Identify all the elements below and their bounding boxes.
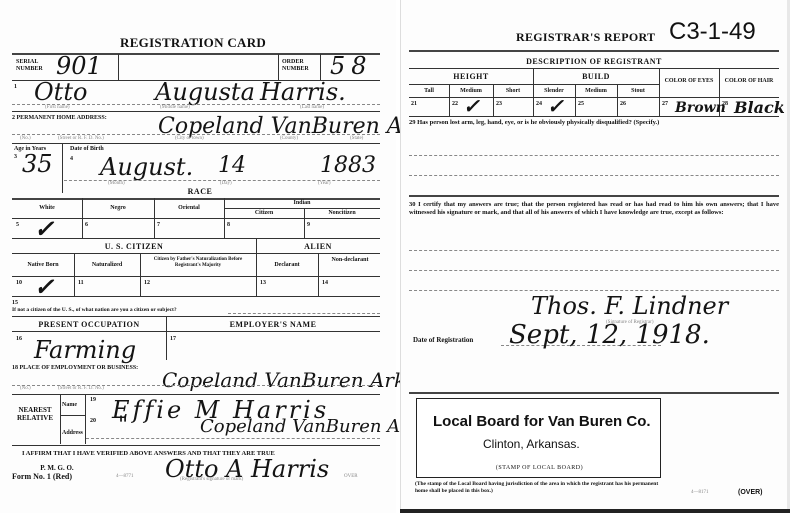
- dob-day: 14: [218, 153, 246, 178]
- answer-line: [409, 155, 779, 156]
- divider: [409, 84, 659, 85]
- middle-name: Augusta: [155, 78, 255, 106]
- alien-heading: ALIEN: [256, 242, 380, 251]
- divider: [409, 392, 779, 394]
- caption: (Last name): [300, 105, 324, 110]
- divider: [12, 316, 380, 317]
- divider: [12, 394, 380, 395]
- divider: [12, 296, 380, 297]
- age-value: 35: [22, 150, 53, 178]
- divider: [12, 134, 380, 135]
- field-number: 10: [16, 280, 22, 286]
- home-address-label: 2 PERMANENT HOME ADDRESS:: [12, 115, 107, 121]
- serial-label: SERIAL NUMBER: [16, 59, 52, 73]
- divider: [62, 143, 63, 193]
- caption: (State): [350, 136, 363, 141]
- field-number: 14: [322, 280, 328, 286]
- stamp-line-1: Local Board for Van Buren Co.: [433, 413, 651, 430]
- answer-line: [409, 290, 779, 291]
- race-col-citizen: Citizen: [224, 210, 304, 216]
- divider: [85, 394, 86, 444]
- field-number: 15: [12, 300, 18, 306]
- alien-col-nondeclarant: Non-declarant: [322, 257, 378, 264]
- occupation-heading: PRESENT OCCUPATION: [12, 320, 166, 329]
- height-col-tall: Tall: [409, 88, 449, 94]
- relative-address-label: Address: [62, 430, 83, 436]
- divider: [140, 253, 141, 296]
- question-30: 30 I certify that my answers are true; t…: [409, 201, 779, 217]
- scan-edge: [400, 509, 790, 513]
- citizen-col-father: Citizen by Father's Naturalization Befor…: [142, 257, 254, 269]
- dob-label: Date of Birth: [70, 146, 104, 152]
- place-of-employment-label: 18 PLACE OF EMPLOYMENT OR BUSINESS:: [12, 365, 138, 371]
- question-29: 29 Has person lost arm, leg, hand, eye, …: [409, 119, 779, 127]
- caption: (Month): [108, 181, 125, 186]
- card-title: REGISTRATION CARD: [120, 35, 266, 51]
- caption: (Year): [318, 181, 331, 186]
- dob-year: 1883: [320, 153, 376, 178]
- divider: [409, 195, 779, 197]
- build-col-medium: Medium: [575, 88, 617, 94]
- date-of-registration-label: Date of Registration: [413, 336, 473, 344]
- nearest-relative-label: NEAREST RELATIVE: [12, 406, 58, 422]
- field-number: 29: [409, 119, 416, 126]
- answer-line: [409, 270, 779, 271]
- caption: (No.): [20, 136, 31, 141]
- date-of-registration: Sept, 12, 1918.: [509, 320, 710, 350]
- field-number: 30: [409, 201, 416, 208]
- divider: [12, 253, 380, 254]
- race-col-negro: Negro: [82, 205, 154, 211]
- divider: [278, 54, 279, 80]
- field-number: 25: [578, 101, 584, 107]
- race-heading: RACE: [170, 187, 230, 196]
- divider: [409, 50, 779, 52]
- divider: [12, 111, 380, 112]
- report-title: REGISTRAR'S REPORT: [516, 30, 655, 45]
- caption: (First name): [45, 105, 70, 110]
- registrar-signature: Thos. F. Lindner: [531, 292, 728, 320]
- stamp-code: C3-1-49: [669, 18, 756, 46]
- answer-line: [409, 250, 779, 251]
- field-number: 13: [260, 280, 266, 286]
- serial-number: 901: [56, 52, 102, 80]
- caption: (Middle name): [160, 105, 190, 110]
- field-number: 19: [90, 397, 96, 403]
- order-label: ORDER NUMBER: [282, 59, 318, 73]
- hair-heading: COLOR OF HAIR: [719, 78, 779, 85]
- field-number: 27: [662, 101, 668, 107]
- employer-heading: EMPLOYER'S NAME: [166, 320, 380, 329]
- question-30-text: I certify that my answers are true; that…: [409, 201, 779, 216]
- stamp-caption: (STAMP OF LOCAL BOARD): [417, 465, 662, 471]
- form-id-line1: P. M. G. O.: [12, 464, 102, 472]
- divider: [12, 143, 380, 144]
- citizen-col-naturalized: Naturalized: [74, 262, 140, 268]
- divider: [409, 116, 779, 117]
- hair-color: Black: [734, 98, 785, 117]
- field-number: 7: [157, 222, 160, 228]
- description-heading: DESCRIPTION OF REGISTRANT: [409, 57, 779, 66]
- field-number: 4: [70, 156, 73, 162]
- over-label: (OVER): [738, 489, 763, 496]
- form-id-line2: Form No. 1 (Red): [12, 472, 72, 481]
- build-col-stout: Stout: [617, 88, 659, 94]
- field-number: 20: [90, 418, 96, 424]
- over-label: OVER: [344, 474, 358, 479]
- registration-card: REGISTRATION CARD SERIAL NUMBER 901 ORDE…: [0, 0, 396, 513]
- divider: [12, 238, 380, 239]
- divider: [12, 276, 380, 277]
- registrars-report: REGISTRAR'S REPORT C3-1-49 DESCRIPTION O…: [400, 0, 790, 513]
- divider: [409, 68, 779, 69]
- caption: (City or town): [175, 136, 204, 141]
- print-code: 4—8171: [691, 490, 709, 495]
- divider: [320, 54, 321, 80]
- question-29-text: Has person lost arm, leg, hand, eye, or …: [417, 119, 659, 126]
- signature-caption: (Registrant's signature or mark): [180, 477, 243, 482]
- field-number: 9: [307, 222, 310, 228]
- citizen-col-native: Native Born: [12, 262, 74, 268]
- field-number: 6: [85, 222, 88, 228]
- race-col-indian: Indian: [224, 200, 380, 206]
- height-heading: HEIGHT: [409, 72, 533, 81]
- field-number: 8: [227, 222, 230, 228]
- field-number: 23: [496, 101, 502, 107]
- caption: (Street or R. F. D. No.): [58, 136, 104, 141]
- divider: [224, 208, 380, 209]
- field-number: 12: [144, 280, 150, 286]
- divider: [60, 394, 61, 444]
- caption: (No.): [20, 386, 31, 391]
- build-slender-check: ✓: [547, 94, 564, 118]
- print-code: 4—8771: [116, 474, 134, 479]
- first-name: Otto: [34, 78, 87, 106]
- local-board-stamp-box: Local Board for Van Buren Co. Clinton, A…: [416, 398, 661, 478]
- field-number: 11: [78, 280, 84, 286]
- divider: [659, 68, 660, 116]
- divider: [12, 445, 380, 446]
- field-number: 17: [170, 336, 176, 342]
- stamp-note: (The stamp of the Local Board having jur…: [415, 481, 665, 494]
- race-col-oriental: Oriental: [154, 205, 224, 211]
- last-name: Harris.: [260, 78, 346, 106]
- relative-name-label: Name: [62, 402, 77, 408]
- height-col-short: Short: [493, 88, 533, 94]
- caption: (Street or R. F. D. No.): [58, 386, 104, 391]
- divider: [86, 438, 380, 439]
- nation-question: If not a citizen of the U. S., of what n…: [12, 307, 177, 313]
- stamp-line-2: Clinton, Arkansas.: [483, 437, 580, 451]
- occupation-value: Farming: [34, 336, 136, 364]
- field-number: 22: [452, 101, 458, 107]
- divider: [12, 218, 380, 219]
- race-col-white: White: [12, 205, 82, 211]
- divider: [318, 253, 319, 296]
- divider: [228, 313, 380, 314]
- alien-col-declarant: Declarant: [256, 262, 318, 268]
- answer-line: [409, 175, 779, 176]
- divider: [74, 253, 75, 296]
- field-number: 1: [14, 84, 17, 90]
- relative-address-ditto: ": [118, 413, 128, 438]
- field-number: 21: [411, 101, 417, 107]
- field-number: 16: [16, 336, 22, 342]
- caption: (County): [280, 136, 298, 141]
- build-heading: BUILD: [533, 72, 659, 81]
- us-citizen-heading: U. S. CITIZEN: [12, 242, 256, 251]
- divider: [12, 331, 380, 332]
- field-number: 3: [14, 154, 17, 160]
- divider: [118, 54, 119, 80]
- divider: [60, 415, 85, 416]
- place-of-employment: Copeland VanBuren Ark: [162, 368, 406, 392]
- height-medium-check: ✓: [463, 94, 480, 118]
- field-number: 28: [722, 101, 728, 107]
- relative-address: Copeland VanBuren Ark: [200, 416, 420, 437]
- field-number: 26: [620, 101, 626, 107]
- dob-month: August.: [100, 153, 193, 181]
- race-col-noncitizen: Noncitizen: [304, 210, 380, 216]
- eyes-heading: COLOR OF EYES: [659, 78, 719, 85]
- eye-color: Brown: [675, 100, 726, 116]
- caption: (Day): [220, 181, 232, 186]
- field-number: 5: [16, 222, 19, 228]
- field-number: 24: [536, 101, 542, 107]
- order-number: 58: [330, 52, 373, 80]
